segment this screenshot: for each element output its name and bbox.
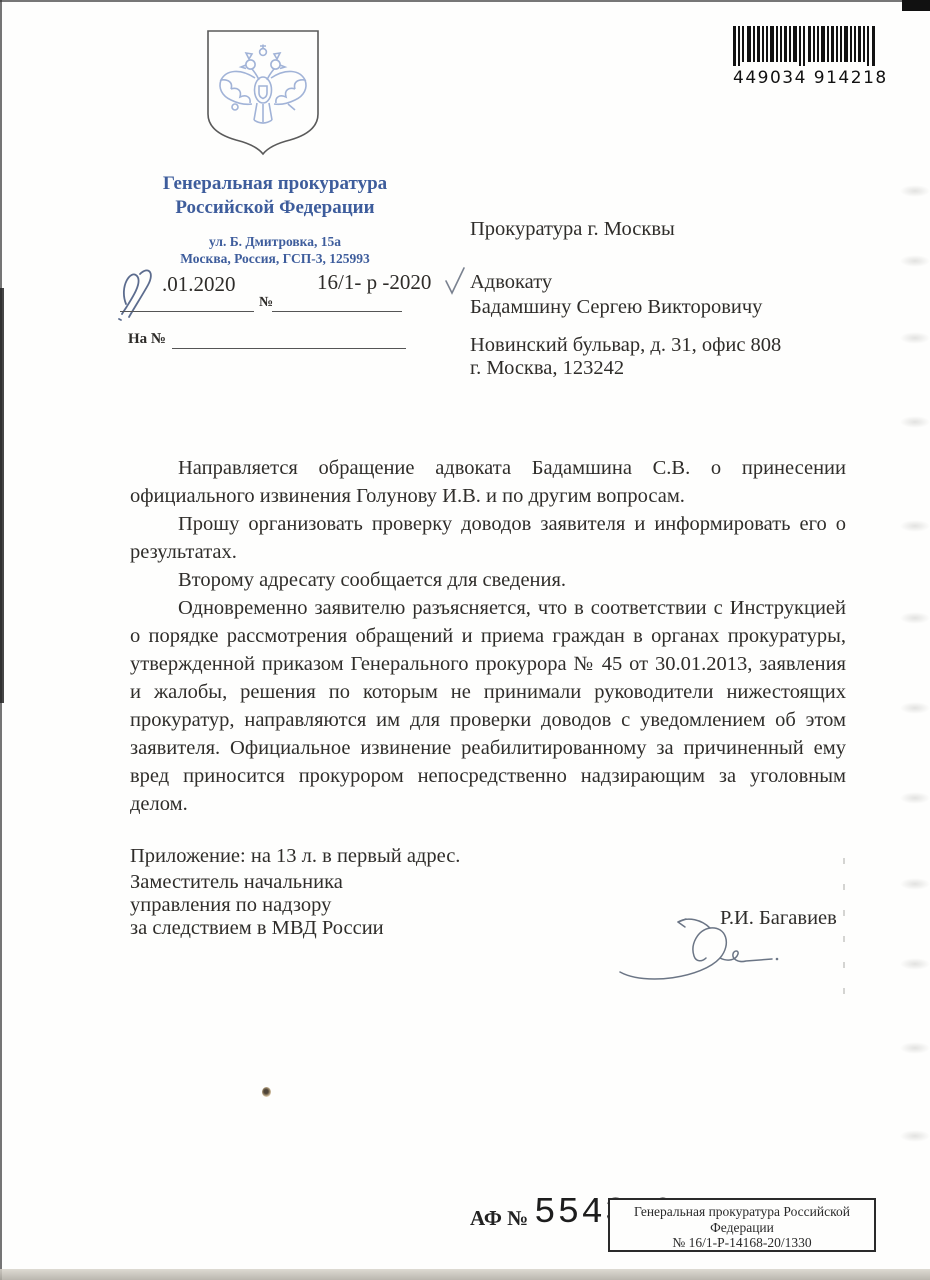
barcode-digits: 449034 914218 [733,68,877,88]
handwritten-day-icon [116,264,160,322]
scan-edge-top [0,0,930,2]
scan-smudge [900,958,930,970]
org-name-line1: Генеральная прокуратура [112,172,438,196]
scan-crease [843,858,845,1008]
recipient-second-line2: Бадамшину Сергею Викторовичу [470,296,762,319]
org-address-line2: Москва, Россия, ГСП-3, 125993 [112,250,438,267]
form-series-label: АФ № [470,1206,528,1231]
scan-smudge [900,1042,930,1054]
scan-smudge [900,332,930,344]
scan-smudge [900,416,930,428]
signer-title-line1: Заместитель начальника [130,871,384,894]
signer-title-line3: за следствием в МВД России [130,917,384,940]
letter-doc-number: 16/1- р -2020 [317,270,431,295]
letter-body: Направляется обращение адвоката Бадамшин… [130,454,846,870]
handwritten-signature-icon [610,910,790,995]
scan-edge-top-corner [902,0,930,11]
scan-smudge [900,792,930,804]
reference-label: На № [128,331,166,348]
org-address: ул. Б. Дмитровка, 15а Москва, Россия, ГС… [112,233,438,267]
scan-smudge [900,185,930,197]
registry-stamp: Генеральная прокуратура Российской Федер… [608,1198,876,1252]
body-paragraph: Прошу организовать проверку доводов заяв… [130,510,846,566]
scan-smudge [900,612,930,624]
number-sign: № [259,295,273,311]
stamp-line1: Генеральная прокуратура Российской [610,1204,874,1220]
scan-smudge [900,1130,930,1142]
body-paragraph: Второму адресату сообщается для сведения… [130,566,846,594]
org-address-line1: ул. Б. Дмитровка, 15а [112,233,438,250]
barcode: 449034 914218 [733,26,877,88]
reference-underline [172,348,406,349]
double-headed-eagle-icon [204,28,322,156]
body-paragraph: Одновременно заявителю разъясняется, что… [130,594,846,818]
paper-speck [262,1087,271,1097]
attachment-note: Приложение: на 13 л. в первый адрес. [130,842,846,870]
scan-smudge [900,878,930,890]
signer-title-line2: управления по надзору [130,894,384,917]
handwritten-checkmark-icon [444,266,466,296]
letterhead: Генеральная прокуратура Российской Федер… [112,172,438,267]
stamp-line2: Федерации [610,1220,874,1236]
body-paragraph: Направляется обращение адвоката Бадамшин… [130,454,846,510]
scan-edge-bottom [0,1269,930,1280]
coat-of-arms-emblem [204,28,322,161]
letter-date: .01.2020 [162,272,236,297]
recipient-first: Прокуратура г. Москвы [470,218,675,241]
scan-smudge [900,520,930,532]
scan-edge-left-thick [0,288,4,703]
scanned-letter-page: 449034 914218 [0,0,930,1280]
signer-title: Заместитель начальника управления по над… [130,871,384,940]
number-underline [272,311,402,312]
org-name: Генеральная прокуратура Российской Федер… [112,172,438,220]
recipient-address-line1: Новинский бульвар, д. 31, офис 808 [470,334,781,357]
scan-smudge [900,702,930,714]
stamp-line3: № 16/1-Р-14168-20/1330 [610,1235,874,1251]
date-underline [120,311,254,312]
barcode-bars-icon [733,26,877,66]
org-name-line2: Российской Федерации [112,196,438,220]
recipient-second-line1: Адвокату [470,271,552,294]
recipient-address-line2: г. Москва, 123242 [470,357,624,380]
scan-smudge [900,255,930,267]
